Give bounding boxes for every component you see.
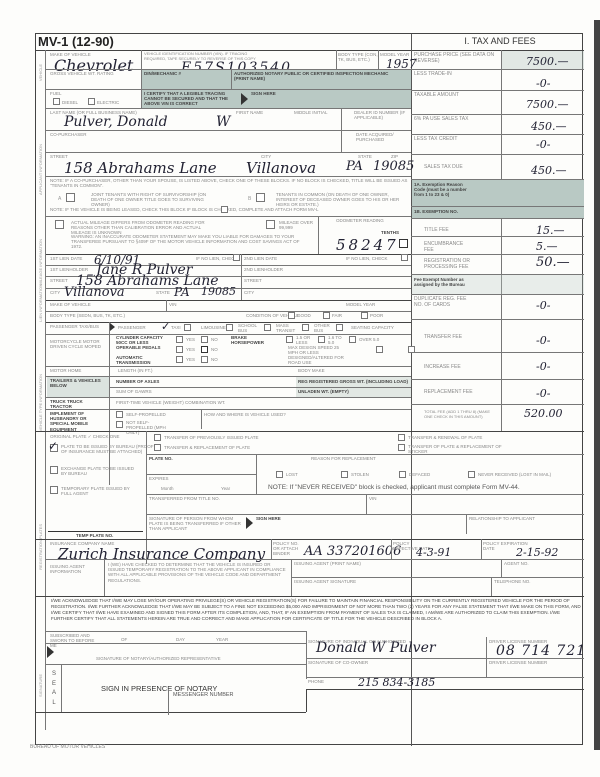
trade-make-label: MAKE OF VEHICLE <box>50 302 91 307</box>
seal-label: S E A L <box>50 670 58 708</box>
fee-registration-label: REGISTRATION OR PROCESSING FEE <box>424 258 484 270</box>
policy-value[interactable]: AA 337201606 <box>304 544 401 559</box>
lien2-street-label: STREET <box>244 278 262 283</box>
condition-fair-label: FAIR <box>332 313 342 318</box>
din-label: DIN/MECHANIC # <box>144 71 181 76</box>
fee-purchase-value[interactable]: 7500.— <box>526 55 569 68</box>
sign-here-label: SIGN HERE <box>251 91 276 96</box>
agent-tel-label: TELEPHONE NO. <box>494 579 531 584</box>
year-label-ack: YEAR <box>216 637 228 642</box>
odometer-warning: WARNING: AN INACCURATE ODOMETER STATEMEN… <box>71 234 311 250</box>
agent-no-label: AGENT NO. <box>504 561 529 566</box>
side-label-applicant: APPLICANT INFORMATION <box>38 144 43 195</box>
month-label: Month <box>161 486 174 491</box>
fee-title-label: TITLE FEE <box>424 227 449 233</box>
auto-yes-checkbox[interactable] <box>176 356 183 363</box>
sign-arrow-icon <box>241 93 248 105</box>
relationship-label: RELATIONSHIP TO APPLICANT <box>469 516 535 521</box>
lien-state-label: STATE <box>156 290 170 295</box>
middle-label: MIDDLE INITIAL <box>294 110 328 115</box>
fee-encumbrance-label: ENCUMBRANCE FEE <box>424 241 474 253</box>
temp-plate-no-label: TEMP PLATE NO. <box>76 533 113 538</box>
not-self-prop-checkbox[interactable] <box>116 421 123 428</box>
transfer-sticker-checkbox[interactable] <box>398 444 405 451</box>
limousine-checkbox[interactable] <box>226 324 233 331</box>
limousine-label: LIMOUSINE <box>201 325 226 330</box>
fee-taxable-value[interactable]: 7500.— <box>526 98 569 111</box>
lien2-date-label: 2ND LIEN DATE <box>244 256 277 261</box>
mileage-over-checkbox[interactable] <box>266 220 275 229</box>
tenants-common-checkbox[interactable] <box>256 193 265 202</box>
phone-value[interactable]: 215 834-3185 <box>358 676 435 689</box>
combo-label: FIRST-TIME VEHICLE (WEIGHT) COMBINATION … <box>116 400 225 405</box>
fee-purchase-label: PURCHASE PRICE (See data on reverse) <box>414 52 499 64</box>
reason-label: REASON FOR REPLACEMENT <box>311 456 376 461</box>
fee-registration-value[interactable]: 50.— <box>536 255 570 270</box>
date-acquired-label: DATE ACQUIRED/ PURCHASED <box>356 132 406 142</box>
fee-taxcredit-value[interactable]: -0- <box>536 138 550 151</box>
lien2-holder-label: 2ND LIENHOLDER <box>244 267 283 272</box>
auto-no-label: NO <box>211 357 218 362</box>
fee-taxable-label: TAXABLE AMOUNT <box>414 92 474 98</box>
fee-salestax-value[interactable]: 450.— <box>531 120 567 133</box>
exchange-plate-label: EXCHANGE PLATE TO BE ISSUED BY BUREAU <box>61 466 136 476</box>
passenger-checkmark: ✓ <box>161 320 170 333</box>
copurchaser-note: NOTE: IF A CO-PURCHASER, OTHER THAN YOUR… <box>50 178 410 188</box>
vt-motorhome-label: MOTOR HOME <box>50 368 81 373</box>
certify-label: I CERTIFY THAT A LEGIBLE TRACING CANNOT … <box>144 91 239 107</box>
school-bus-label: SCHOOL BUS <box>238 323 263 333</box>
stolen-checkbox[interactable] <box>341 471 348 478</box>
fee-increase-value[interactable]: -0- <box>536 360 550 373</box>
license-value[interactable]: 08 714 721 <box>496 643 586 659</box>
fee-exempt-label: Fee Exempt Number as assigned by the Bur… <box>414 277 469 287</box>
agent-info-label: ISSUING AGENT INFORMATION <box>50 564 90 574</box>
transferred-title-label: TRANSFERRED FROM TITLE NO. <box>149 496 220 501</box>
fee-encumbrance-value[interactable]: 5.— <box>536 240 558 253</box>
fee-total-value[interactable]: 520.00 <box>524 407 563 420</box>
vt-trailer-label: TRAILERS & VEHICLES BELOW <box>50 378 105 388</box>
dealer-label: DEALER ID NUMBER (IF APPLICABLE) <box>354 110 409 120</box>
gawrs-label: SUM OF GAWRS <box>116 389 152 394</box>
electric-checkbox[interactable] <box>88 98 95 105</box>
zip-value[interactable]: 19085 <box>373 159 414 174</box>
trade-body-label: BODY TYPE (SEDN, BUS, TK, ETC.) <box>50 313 125 318</box>
odometer-label: ODOMETER READING <box>336 218 384 223</box>
fees-header: I. TAX AND FEES <box>416 36 584 46</box>
scan-edge <box>594 20 600 750</box>
max-speed-label: MAX DESIGN SPEED 25 MPH OR LESS <box>288 345 348 355</box>
speed-yes-checkbox[interactable] <box>376 346 383 353</box>
street-value[interactable]: 158 Abrahams Lane <box>64 159 217 177</box>
pedals-yes-checkbox[interactable] <box>176 346 183 353</box>
coowner-sig-label: SIGNATURE OF CO-OWNER <box>308 660 368 665</box>
expires-label: EXPIRES <box>149 476 169 481</box>
diesel-checkbox[interactable] <box>53 98 60 105</box>
mv1-form: MV-1 (12-90) I. TAX AND FEES VEHICLE APP… <box>35 33 583 745</box>
vt-truck-label: TRUCK TRUCK TRACTOR <box>50 399 105 409</box>
brake-hp-label: BRAKE HORSEPOWER <box>231 335 256 345</box>
co-license-label: DRIVER LICENSE NUMBER <box>489 660 547 665</box>
other-bus-label: OTHER BUS <box>314 323 334 333</box>
fee-taxdue-label: SALES TAX DUE <box>424 164 484 170</box>
policy-eff-value[interactable]: 4-3-91 <box>416 546 451 559</box>
subscribed-label: SUBSCRIBED AND SWORN TO BEFORE ME <box>50 633 95 649</box>
lien-street-label: STREET <box>50 278 68 283</box>
fee-replacement-value[interactable]: -0- <box>536 387 550 400</box>
fee-transfer-value[interactable]: -0- <box>536 334 550 347</box>
bureau-footer: BUREAU OF MOTOR VEHICLES <box>30 744 105 750</box>
lost-checkbox[interactable] <box>276 471 283 478</box>
copurchaser-label: CO-PURCHASER <box>50 132 87 137</box>
pedals-no-checkbox[interactable] <box>201 346 208 353</box>
auto-no-checkbox[interactable] <box>201 356 208 363</box>
notary-label: AUTHORIZED NOTARY PUBLIC OR CERTIFIED IN… <box>234 71 404 81</box>
defaced-checkbox[interactable] <box>399 471 406 478</box>
school-bus-checkbox[interactable] <box>264 324 271 331</box>
hp-1-checkbox[interactable] <box>286 336 293 343</box>
sig-person-label: SIGNATURE OF PERSON FROM WHOM PLATE IS B… <box>149 516 244 532</box>
fee-taxdue-value[interactable]: 450.— <box>531 164 567 177</box>
option-b-label: TENANTS IN COMMON (ON DEATH OF ONE OWNER… <box>276 192 406 208</box>
fee-duplicate-label: DUPLICATE REG. FEE NO. OF CARDS <box>414 296 474 308</box>
stolen-label: STOLEN <box>351 472 369 477</box>
sign-here-arrow-icon <box>246 517 253 529</box>
fuel-label: FUEL <box>50 91 62 96</box>
tenths-label: TENTHS <box>381 230 399 235</box>
tenths-box[interactable] <box>399 239 408 248</box>
cyl-no-checkbox[interactable] <box>201 336 208 343</box>
messenger-label: MESSENGER NUMBER <box>173 692 234 698</box>
exchange-plate-checkbox[interactable] <box>50 466 58 474</box>
condition-poor-label: POOR <box>370 313 383 318</box>
odometer-value[interactable]: 58247 <box>336 236 399 254</box>
self-prop-checkbox[interactable] <box>116 411 123 418</box>
applicant-middle-value[interactable]: W <box>216 114 230 130</box>
never-received-label: NEVER RECEIVED (LOST IN MAIL) <box>478 472 551 477</box>
transfer-repl-checkbox[interactable] <box>154 444 161 451</box>
applicant-name-value[interactable]: Pulver, Donald <box>64 114 168 130</box>
exemption-reason-label: 1A. Exemption Reason Code (must be a num… <box>414 182 469 198</box>
transfer-repl-label: TRANSFER & REPLACEMENT OF PLATE <box>164 445 250 450</box>
mass-transit-label: MASS TRANSIT <box>276 323 301 333</box>
diesel-label: DIESEL <box>62 100 78 105</box>
option-a-label: JOINT TENANTS WITH RIGHT OF SURVIVORSHIP… <box>91 192 221 208</box>
unladen-label: UNLADEN WT. (EMPTY) <box>298 389 349 394</box>
fee-increase-label: INCREASE FEE <box>424 364 461 370</box>
of-label: OF <box>121 637 127 642</box>
hp-3-checkbox[interactable] <box>349 336 356 343</box>
first-name-label: FIRST NAME <box>236 110 263 115</box>
side-label-plates: REGISTRATION PLATES <box>38 524 43 570</box>
fee-salestax-label: 6% PA USE SALES TAX <box>414 116 474 122</box>
year-label: Year <box>221 486 230 491</box>
lien-city-value[interactable]: Villanova <box>64 285 125 300</box>
gvw-label: GROSS VEHICLE WT. RATING <box>50 71 130 76</box>
fee-transfer-label: TRANSFER FEE <box>424 334 462 340</box>
vt-arrow-icon <box>110 323 115 331</box>
lien-city-label: CITY <box>50 290 60 295</box>
lienholder-label: 1ST LIENHOLDER <box>50 267 88 272</box>
fee-duplicate-value[interactable]: -0- <box>536 299 550 312</box>
transfer-prev-label: TRANSFER OF PREVIOUSLY ISSUED PLATE <box>164 435 259 440</box>
self-prop-label: SELF-PROPELLED <box>126 412 166 417</box>
lien2-city-label: CITY <box>244 290 254 295</box>
side-label-vehicle: VEHICLE <box>38 64 43 81</box>
lease-checkbox[interactable] <box>221 206 228 213</box>
option-b-letter: B <box>248 196 251 202</box>
mass-transit-checkbox[interactable] <box>302 324 309 331</box>
trade-vin-label: VIN <box>169 302 177 307</box>
seating-label: SEATING CAPACITY <box>351 325 394 330</box>
transfer-renew-checkbox[interactable] <box>398 434 405 441</box>
fee-replacement-label: REPLACEMENT FEE <box>424 389 473 395</box>
actual-mileage-checkbox[interactable] <box>55 220 64 229</box>
plates-vin-label: VIN <box>369 496 377 501</box>
side-label-signature: SIGNATURE <box>38 674 43 697</box>
hp-2-checkbox[interactable] <box>318 336 325 343</box>
length-label: LENGTH (IN FT.) <box>118 368 153 373</box>
cyl-cap-label: CYLINDER CAPACITY 50CC OR LESS <box>116 335 171 345</box>
side-label-vehicle-type: VEHICLE TYPE INFORMATION <box>38 374 43 431</box>
taxi-checkbox[interactable] <box>184 324 191 331</box>
condition-good-label: GOOD <box>297 313 311 318</box>
fee-tradein-value[interactable]: -0- <box>536 77 550 90</box>
other-bus-checkbox[interactable] <box>336 324 343 331</box>
plate-no-label: PLATE NO. <box>149 456 173 461</box>
side-label-lien: LIEN INFORMATION <box>38 284 43 322</box>
condition-good-checkbox[interactable] <box>288 312 295 319</box>
day-label: DAY <box>176 637 185 642</box>
trade-year-label: MODEL YEAR <box>346 302 375 307</box>
insurance-company-value[interactable]: Zurich Insurance Company <box>58 545 265 563</box>
state-value[interactable]: PA <box>346 159 363 174</box>
fee-total-label: TOTAL FEE (ADD 1 THRU 8) (MAKE ONE CHECK… <box>424 409 494 419</box>
no-lien-label: IF NO LIEN, CHECK <box>196 256 238 261</box>
plate-bureau-checkmark: ✓ <box>48 439 58 453</box>
lease-note: NOTE: IF THE VEHICLE IS BEING LEASED, CH… <box>50 207 410 212</box>
vt-passenger-label: PASSENGER TAXI/BUS <box>50 324 105 329</box>
not-self-prop-label: NOT SELF-PROPELLED (MPH ONLY) <box>126 420 176 436</box>
form-id: MV-1 (12-90) <box>38 34 114 49</box>
transfer-prev-checkbox[interactable] <box>154 434 161 441</box>
vt-implement-label: IMPLEMENT OF HUSBANDRY OR SPECIAL MOBILE… <box>50 411 105 432</box>
lien-state-value[interactable]: PA <box>174 285 190 299</box>
plate-bureau-label: PLATE TO BE ISSUED BY BUREAU (PROOF OF I… <box>61 444 156 454</box>
plates-sign-here-label: SIGN HERE <box>256 516 281 521</box>
pedals-no-label: NO <box>211 347 218 352</box>
exemption-no-label: 1B. EXEMPTION NO. <box>414 209 458 214</box>
mileage-over-label: MILEAGE OVER 99,999 <box>279 220 319 230</box>
agent-name-label: ISSUING AGENT (PRINT NAME) <box>294 561 361 566</box>
option-a-letter: A <box>58 196 61 202</box>
phone-label: PHONE <box>308 679 324 684</box>
policy-label: POLICY NO. OR ATTACH BINDER <box>273 541 303 557</box>
fee-taxcredit-label: LESS TAX CREDIT <box>414 136 474 142</box>
lien-zip-value[interactable]: 19085 <box>201 285 236 298</box>
cyl-yes-checkbox[interactable] <box>176 336 183 343</box>
never-received-checkbox[interactable] <box>468 471 475 478</box>
policy-exp-value[interactable]: 2-15-92 <box>516 546 558 559</box>
owner-signature[interactable]: Donald W Pulver <box>316 640 436 656</box>
electric-label: ELECTRIC <box>97 100 119 105</box>
hp-3-label: OVER 5.0 <box>359 337 379 342</box>
pedals-yes-label: YES <box>186 347 195 352</box>
agent-sig-label: ISSUING AGENT SIGNATURE <box>294 579 356 584</box>
transfer-renew-label: TRANSFER & RENEWAL OF PLATE <box>408 435 482 440</box>
hp-2-label: 1.6 TO 5.0 <box>328 335 348 345</box>
hp-1-label: 1.5 OR LESS <box>296 335 316 345</box>
auto-yes-label: YES <box>186 357 195 362</box>
condition-poor-checkbox[interactable] <box>361 312 368 319</box>
never-received-note: NOTE: If "NEVER RECEIVED" block is check… <box>268 484 520 491</box>
cyl-yes-label: YES <box>186 337 195 342</box>
body-type-label: BODY TYPE (CON, TK, BUS, ETC.) <box>338 52 378 62</box>
no-lien2-checkbox[interactable] <box>401 254 408 261</box>
defaced-label: DEFACED <box>409 472 430 477</box>
passenger-label: PASSENGER <box>118 325 146 330</box>
original-plate-label: ORIGINAL PLATE ✓ Check One <box>50 434 120 439</box>
vt-motorcycle-label: MOTORCYCLE MOTOR DRIVEN CYCLE MOPED <box>50 339 105 349</box>
side-label-mileage: MILEAGE INFORMATION <box>38 239 43 286</box>
pedals-label: OPERABLE PEDALS <box>116 345 171 350</box>
transfer-sticker-label: TRANSFER OF PLATE & REPLACEMENT OF STICK… <box>408 444 508 454</box>
notary-arrow-icon <box>47 646 54 658</box>
lost-label: LOST <box>286 472 298 477</box>
notary-sig-label: SIGNATURE OF NOTARY/AUTHORIZED REPRESENT… <box>96 656 221 661</box>
condition-fair-checkbox[interactable] <box>323 312 330 319</box>
no-lien2-label: IF NO LIEN, CHECK <box>346 256 388 261</box>
city-value[interactable]: Villanova <box>246 159 316 177</box>
temp-plate-label: TEMPORARY PLATE ISSUED BY FULL AGENT <box>61 486 136 496</box>
no-lien-checkbox[interactable] <box>233 254 240 261</box>
lien-date-label: 1ST LIEN DATE <box>50 256 82 261</box>
temp-plate-checkbox[interactable] <box>50 486 58 494</box>
joint-tenants-checkbox[interactable] <box>66 193 75 202</box>
agent-check-text: I (WE) HAVE CHECKED TO DETERMINE THAT TH… <box>108 562 288 583</box>
cyl-no-label: NO <box>211 337 218 342</box>
fee-tradein-label: LESS TRADE-IN <box>414 71 452 77</box>
designed-road-label: DESIGNED/ALTERED FOR ROAD USE <box>288 355 348 365</box>
acknowledgement-text: I/WE ACKNOWLEDGE THAT I/WE MAY LOSE MY/O… <box>51 598 581 622</box>
reg-gross-label: REG REGISTERED GROSS WT. (INCLUDING LOAD… <box>298 379 408 384</box>
how-used-label: HOW AND WHERE IS VEHICLE USED? <box>204 412 286 417</box>
body-make-label: BODY MAKE <box>298 368 325 373</box>
axles-label: NUMBER OF AXLES <box>116 379 159 384</box>
taxi-label: TAXI <box>171 325 181 330</box>
auto-trans-label: AUTOMATIC TRANSMISSION <box>116 355 171 365</box>
